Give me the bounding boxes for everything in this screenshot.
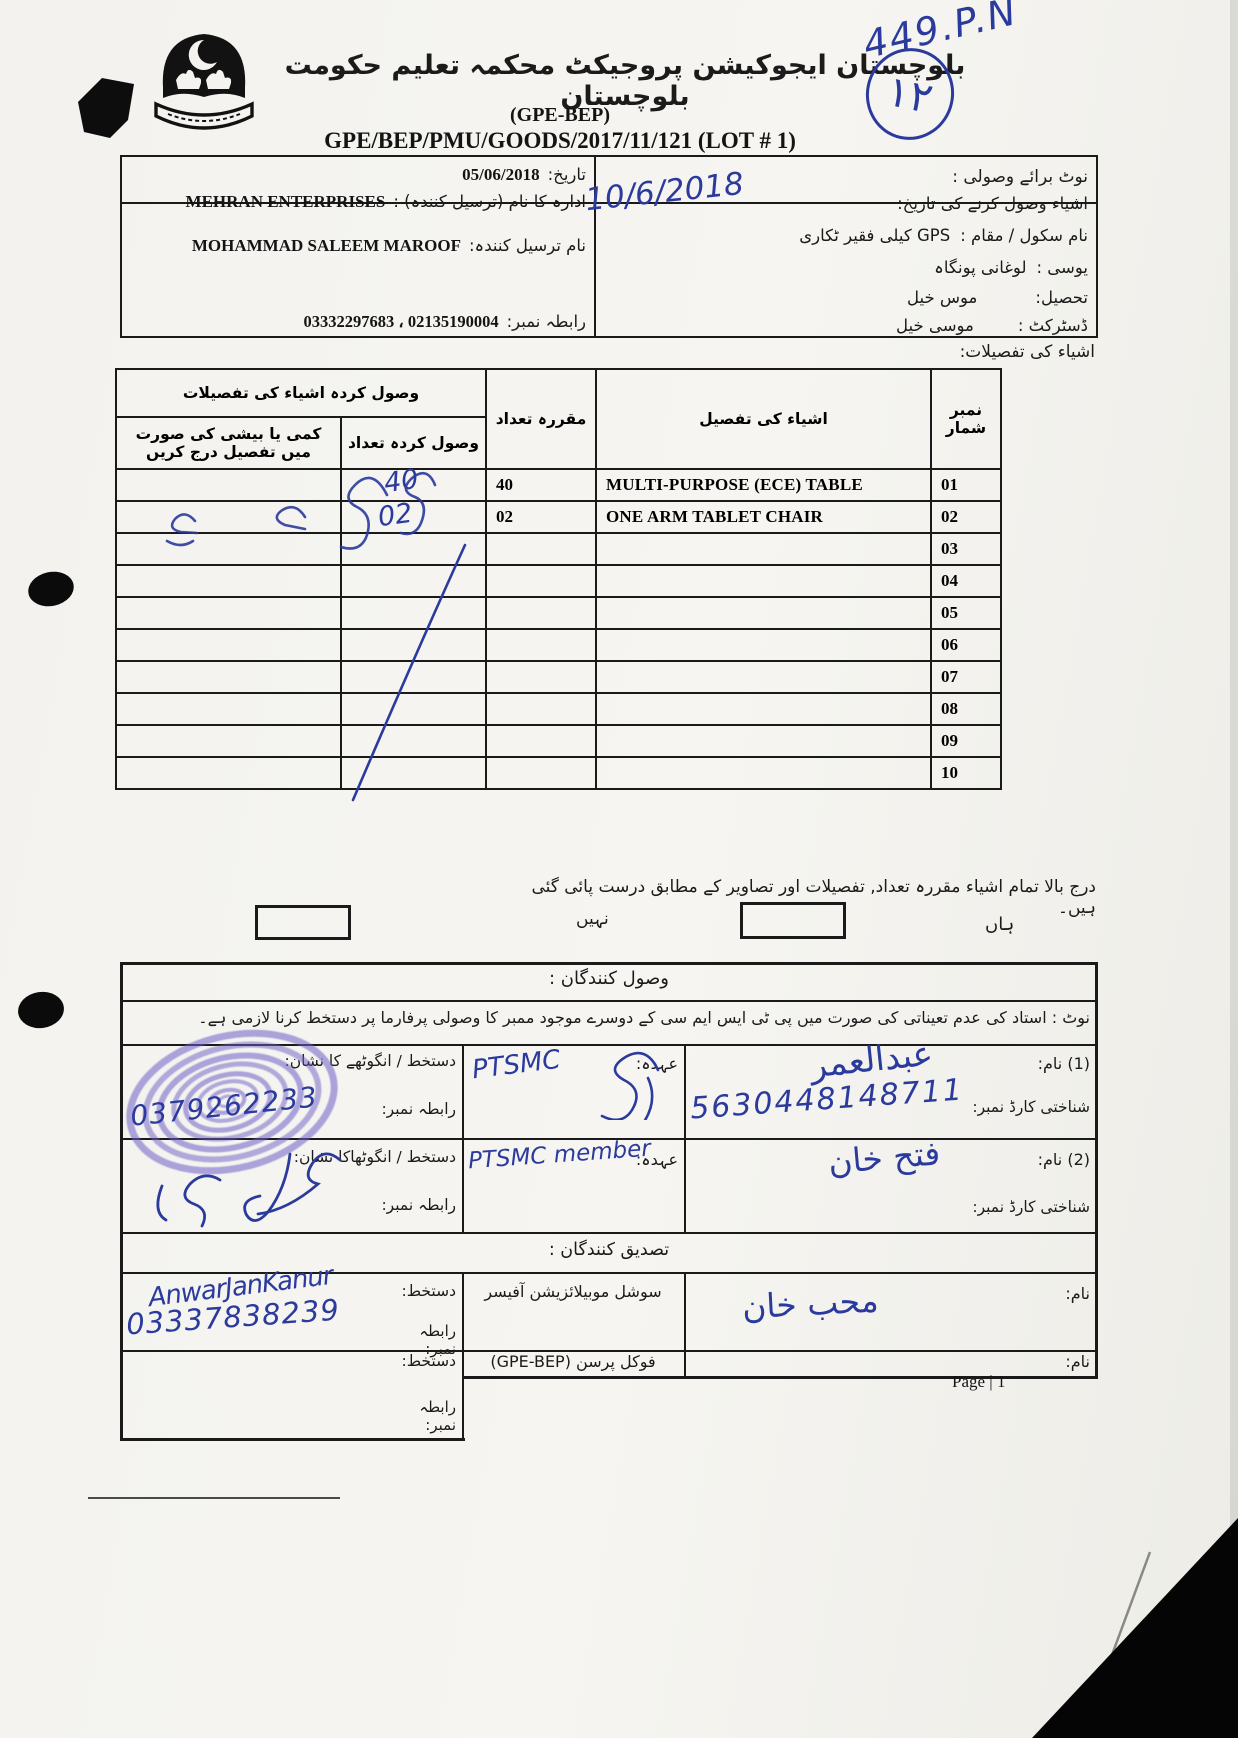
receipt-date-label: اشیاء وصول کرنے کی تاریخ:: [770, 194, 1088, 213]
verifier1-designation: سوشل موبیلائزیشن آفیسر: [464, 1282, 682, 1301]
program-abbr: (GPE-BEP): [190, 104, 930, 127]
supplier-contact-value: 03332297683 ، 02135190004: [304, 312, 499, 332]
receipt-note-label: نوٹ برائے وصولی :: [800, 166, 1088, 187]
col-fixed-qty-header: مقررہ تعداد: [486, 369, 596, 469]
sender-name-line: نام ترسیل کنندہ: MOHAMMAD SALEEM MAROOF: [148, 236, 586, 256]
col-received-group-header: وصول کردہ اشیاء کی تفصیلات: [116, 369, 486, 417]
district-value: موسی خیل: [896, 316, 974, 335]
supplier-contact-label: رابطہ نمبر:: [507, 312, 586, 332]
verifier1-name-handwritten: محب خان: [741, 1280, 879, 1326]
circled-number-text: ۱۲: [883, 65, 937, 122]
supplier-org-line: ادارہ کا نام (ترسیل کنندہ) : MEHRAN ENTE…: [148, 192, 586, 212]
receiver2-contact-label: رابطہ نمبر:: [362, 1196, 456, 1214]
scanned-form-page: بلوچستان ایجوکیشن پروجیکٹ محکمہ تعلیم حک…: [0, 0, 1238, 1738]
school-label: نام سکول / مقام :: [960, 226, 1088, 245]
verifier2-designation: فوکل پرسن (GPE-BEP): [464, 1352, 682, 1371]
item-row: 05: [116, 597, 1001, 629]
no-label: نہیں: [576, 908, 609, 929]
receiver1-signature: [548, 1040, 678, 1120]
item-row: 04: [116, 565, 1001, 597]
recv-border-right: [1095, 962, 1098, 1378]
verifier2-contact-label: رابطہ نمبر:: [386, 1398, 456, 1434]
supplier-org-label: ادارہ کا نام (ترسیل کنندہ) :: [393, 192, 586, 212]
sender-name-value: MOHAMMAD SALEEM MAROOF: [192, 236, 461, 256]
date-line: تاریخ: 05/06/2018: [300, 165, 586, 185]
school-value: GPS کیلی فقیر ٹکاری: [799, 226, 950, 245]
verifier1-sign-label: دستخط:: [396, 1282, 456, 1300]
recv-line-h4: [120, 1232, 1098, 1234]
receiver1-name-label: (1) نام:: [1004, 1054, 1090, 1073]
receiver1-contact-label: رابطہ نمبر:: [362, 1100, 456, 1118]
receiver2-signature: [140, 1140, 370, 1230]
col-divider-a1: [462, 1044, 464, 1234]
verifiers-title: تصدیق کنندگان :: [120, 1240, 1098, 1260]
page-number: Page | 1: [952, 1372, 1005, 1392]
receiver2-cnic-label: شناختی کارڈ نمبر:: [962, 1198, 1090, 1216]
item-row: 07: [116, 661, 1001, 693]
verifier2-sign-label: دستخط:: [396, 1352, 456, 1370]
no-checkbox[interactable]: [255, 905, 351, 940]
uc-label: یوسی :: [1037, 258, 1089, 277]
document-number: GPE/BEP/PMU/GOODS/2017/11/121 (LOT # 1): [190, 128, 930, 154]
item-row: 09: [116, 725, 1001, 757]
punch-hole-mark: [16, 989, 67, 1031]
uc-line: یوسی : لوغانی پونگاہ: [840, 258, 1088, 277]
item-row: 08: [116, 693, 1001, 725]
receivers-title: وصول کنندگان :: [120, 968, 1098, 989]
verif-bottom-left: [120, 1438, 465, 1441]
page-corner-fold: [1010, 1490, 1238, 1738]
district-line: ڈسٹرکٹ : موسی خیل: [800, 316, 1088, 335]
yes-checkbox[interactable]: [740, 902, 846, 939]
item-row: 10: [116, 757, 1001, 789]
items-section-title: اشیاء کی تفصیلات:: [860, 342, 1095, 362]
school-line: نام سکول / مقام : GPS کیلی فقیر ٹکاری: [700, 226, 1088, 245]
receiver2-designation-handwritten: PTSMC member: [467, 1136, 651, 1175]
tehsil-value: موس خیل: [907, 288, 977, 307]
recv-line-h1: [120, 1000, 1098, 1002]
col-serial-header: نمبر شمار: [931, 369, 1001, 469]
punch-hole-mark: [25, 568, 77, 611]
uc-value: لوغانی پونگاہ: [934, 258, 1026, 277]
date-label: تاریخ:: [548, 165, 586, 185]
recv-border-top: [120, 962, 1098, 965]
verifier1-name-label: نام:: [1042, 1284, 1090, 1303]
supplier-org-value: MEHRAN ENTERPRISES: [186, 192, 386, 212]
item-row: 06: [116, 629, 1001, 661]
col-divider-b1: [684, 1044, 686, 1234]
receiver2-name-handwritten: فتح خان: [827, 1133, 942, 1182]
tehsil-line: تحصیل: موس خیل: [800, 288, 1088, 307]
scan-ink-blot: [76, 76, 140, 144]
receiver1-cnic-label: شناختی کارڈ نمبر:: [962, 1098, 1090, 1116]
date-value: 05/06/2018: [462, 165, 539, 185]
sender-name-label: نام ترسیل کنندہ:: [469, 236, 586, 256]
receiver2-name-label: (2) نام:: [1004, 1150, 1090, 1169]
tehsil-label: تحصیل:: [1035, 288, 1088, 307]
handwritten-strike-line: [335, 535, 480, 810]
verifier2-name-label: نام:: [1042, 1352, 1090, 1371]
col-divider-b2: [684, 1272, 686, 1378]
supplier-contact-line: رابطہ نمبر: 03332297683 ، 02135190004: [230, 312, 586, 332]
footer-rule: [88, 1497, 340, 1499]
col-item-detail-header: اشیاء کی تفصیل: [596, 369, 931, 469]
district-label: ڈسٹرکٹ :: [1018, 316, 1088, 335]
scan-edge-shading: [1230, 0, 1238, 1738]
yes-label: ہاں: [985, 914, 1014, 935]
items-table: وصول کردہ اشیاء کی تفصیلات مقررہ تعداد ا…: [115, 368, 1002, 790]
